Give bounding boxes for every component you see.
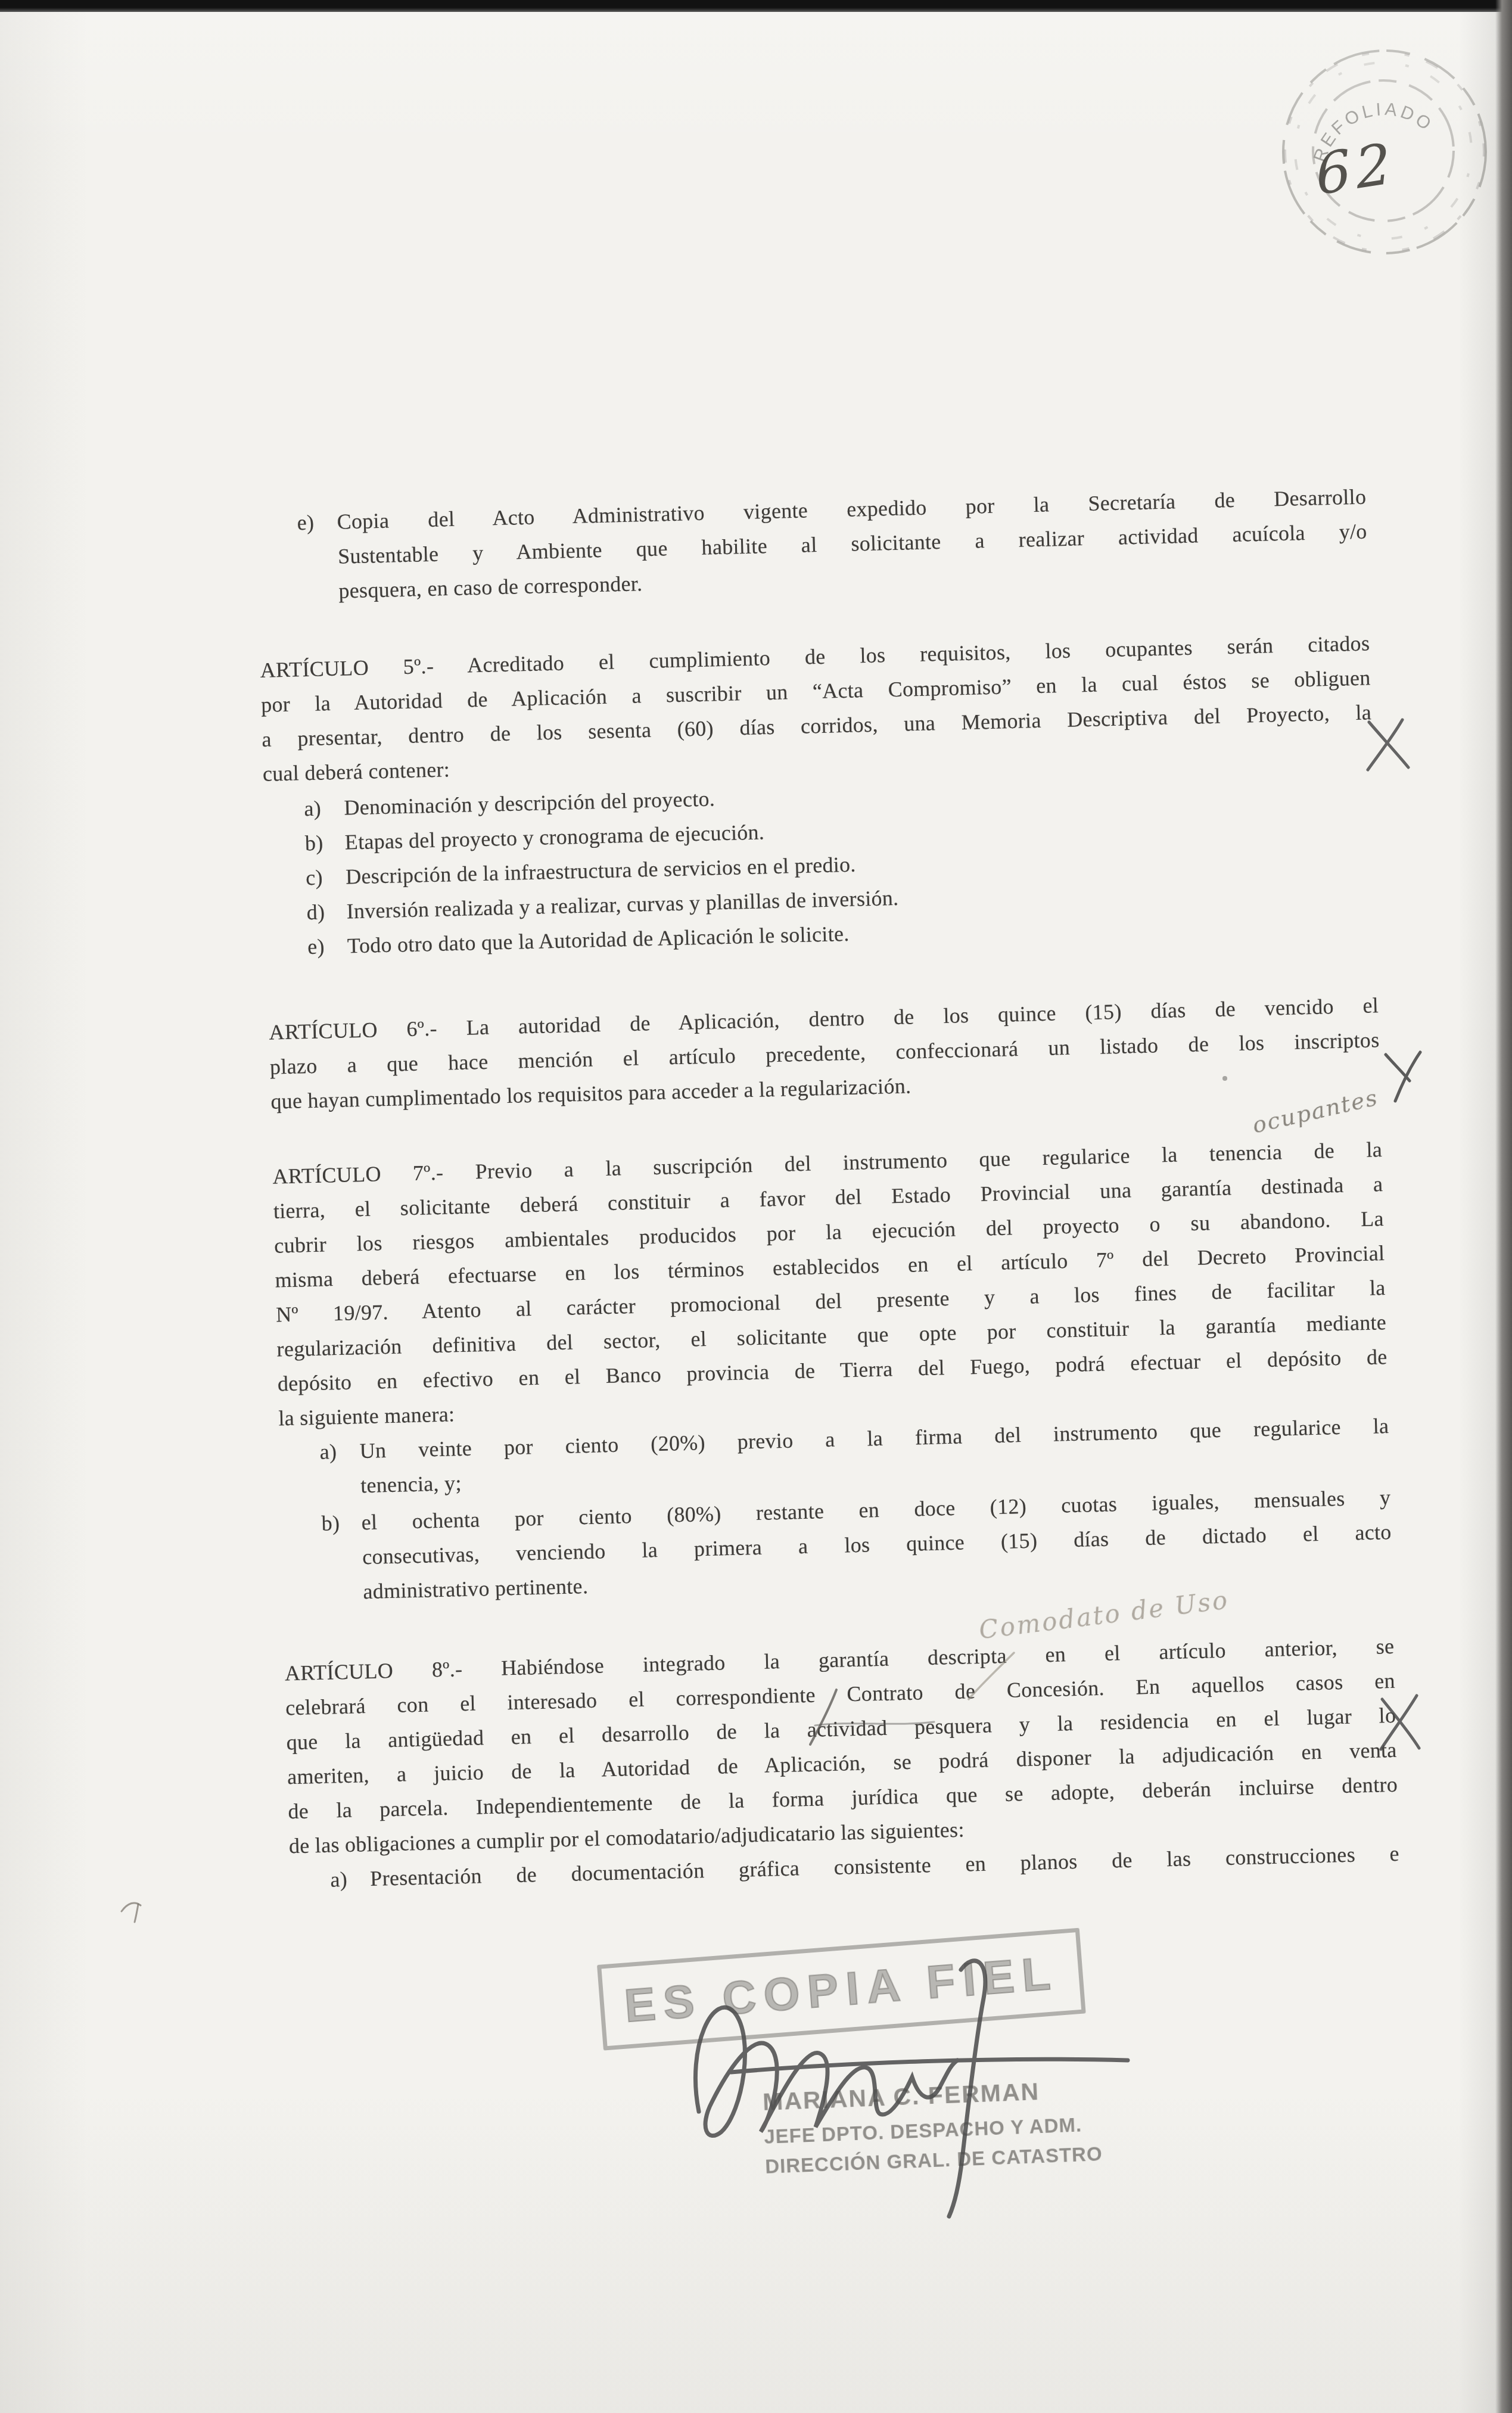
handwritten-x-mark — [1375, 1691, 1425, 1753]
pencil-connector-stroke — [964, 1648, 1019, 1703]
scan-top-edge — [0, 0, 1512, 12]
paragraph: ARTÍCULO 7º.- Previo a la suscripción de… — [272, 1132, 1389, 1435]
document-body-text: e)Copia del Acto Administrativo vigente … — [256, 479, 1400, 1898]
list-marker: a) — [319, 1434, 337, 1469]
paragraph: ARTÍCULO 6º.- La autoridad de Aplicación… — [269, 988, 1381, 1118]
handwritten-x-mark — [1363, 715, 1413, 772]
handwritten-signature — [664, 1955, 1141, 2247]
paragraph: ARTÍCULO 5º.- Acreditado el cumplimiento… — [260, 626, 1373, 791]
pencil-insertion-dot — [1222, 1076, 1227, 1081]
list-marker: a) — [304, 791, 322, 826]
pen-slash-mark — [805, 1686, 844, 1748]
list-marker: b) — [304, 825, 323, 860]
scan-right-edge — [1495, 0, 1512, 2413]
pen-strike-mark — [814, 1718, 937, 1729]
list-marker: d) — [306, 894, 325, 929]
pencil-scribble-small — [118, 1896, 145, 1926]
list-marker: e) — [297, 505, 315, 540]
list-marker: e) — [307, 929, 325, 964]
list-marker: b) — [321, 1506, 340, 1541]
list-item: e)Copia del Acto Administrativo vigente … — [256, 479, 1368, 610]
list-marker: a) — [330, 1862, 348, 1897]
handwritten-check-mark — [1381, 1049, 1424, 1103]
scanned-document-page: REFOLIADO 62 e)Copia del Acto Administra… — [0, 0, 1512, 2413]
list-marker: c) — [306, 860, 323, 895]
handwritten-folio-number: 62 — [1314, 135, 1398, 204]
